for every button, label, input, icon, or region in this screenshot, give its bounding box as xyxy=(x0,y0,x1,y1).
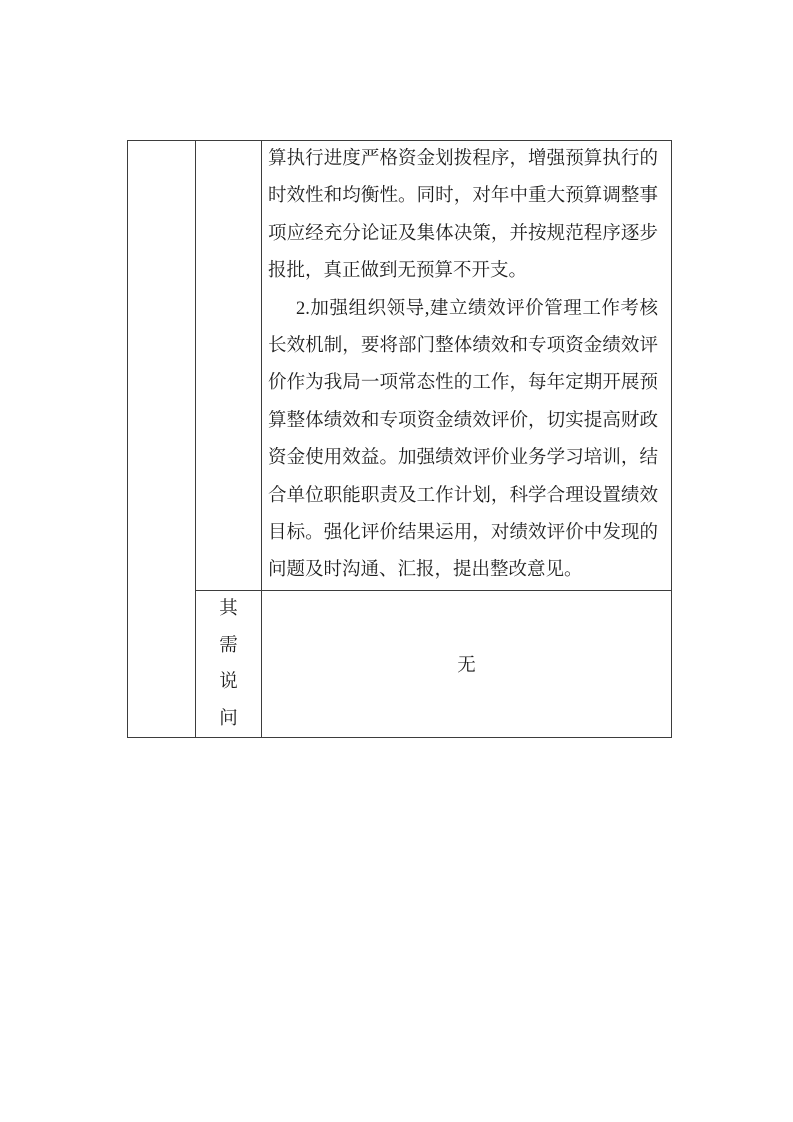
label-line: 问题 xyxy=(196,701,261,738)
text-line: 合单位职能职责及工作计划，科学合理设置绩效 xyxy=(268,478,658,515)
label-line: 需要 xyxy=(196,628,261,665)
left-spanning-empty-cell xyxy=(128,141,196,737)
label-line: 说明 xyxy=(196,664,261,701)
text-line: 算整体绩效和专项资金绩效评价，切实提高财政 xyxy=(268,403,658,440)
report-table: 算执行进度严格资金划拨程序，增强预算执行的 时效性和均衡性。同时，对年中重大预算… xyxy=(127,140,672,738)
text-line: 2.加强组织领导,建立绩效评价管理工作考核 xyxy=(268,291,658,328)
text-line: 项应经充分论证及集体决策，并按规范程序逐步 xyxy=(268,216,658,253)
text-line: 长效机制，要将部门整体绩效和专项资金绩效评 xyxy=(268,328,658,365)
text-line: 问题及时沟通、汇报，提出整改意见。 xyxy=(268,552,658,589)
measures-text-cell: 算执行进度严格资金划拨程序，增强预算执行的 时效性和均衡性。同时，对年中重大预算… xyxy=(262,141,671,590)
measures-row: 算执行进度严格资金划拨程序，增强预算执行的 时效性和均衡性。同时，对年中重大预算… xyxy=(196,141,671,590)
measures-label-empty-cell xyxy=(196,141,262,590)
other-issues-label-cell: 其他 需要 说明 问题 xyxy=(196,591,262,737)
text-line: 价作为我局一项常态性的工作，每年定期开展预 xyxy=(268,365,658,402)
text-line: 算执行进度严格资金划拨程序，增强预算执行的 xyxy=(268,141,658,178)
label-line: 其他 xyxy=(196,591,261,628)
text-line: 时效性和均衡性。同时，对年中重大预算调整事 xyxy=(268,178,658,215)
text-line: 目标。强化评价结果运用，对绩效评价中发现的 xyxy=(268,515,658,552)
other-issues-value: 无 xyxy=(457,651,476,677)
table-right-section: 算执行进度严格资金划拨程序，增强预算执行的 时效性和均衡性。同时，对年中重大预算… xyxy=(196,141,671,737)
other-issues-row: 其他 需要 说明 问题 无 xyxy=(196,590,671,737)
text-line: 资金使用效益。加强绩效评价业务学习培训，结 xyxy=(268,440,658,477)
text-line: 报批，真正做到无预算不开支。 xyxy=(268,253,658,290)
other-issues-value-cell: 无 xyxy=(262,591,671,737)
